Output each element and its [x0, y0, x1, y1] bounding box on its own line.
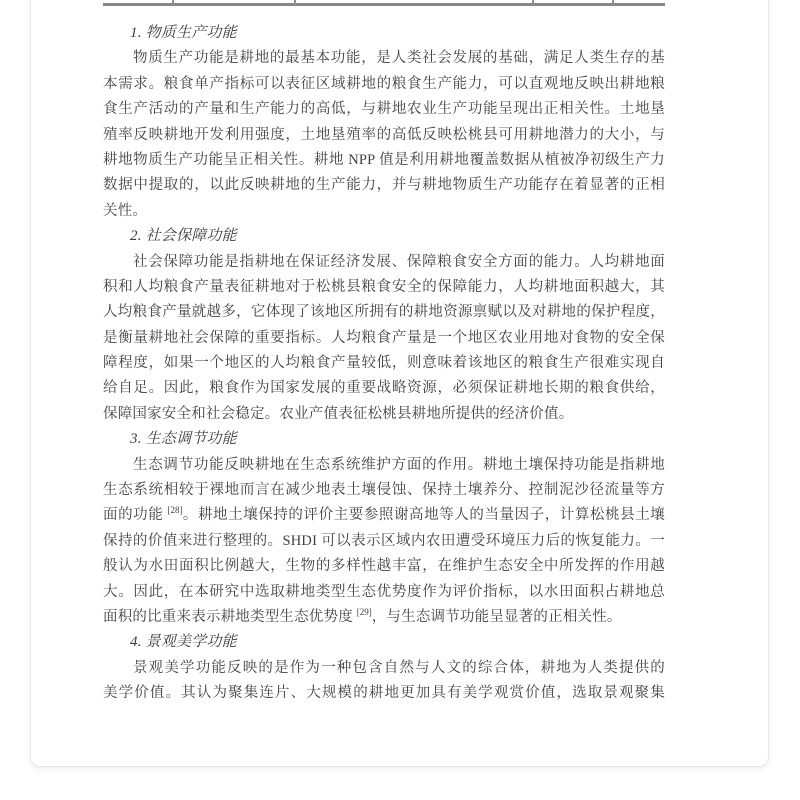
- text-line: 美学价值。其认为聚集连片、大规模的耕地更加具有美学观赏价值，选取景观聚集: [103, 681, 665, 706]
- text-line: 面的功能 [28]。耕地土壤保持的评价主要参照谢高地等人的当量因子，计算松桃县土…: [103, 503, 665, 528]
- table-column-divider: [172, 0, 174, 5]
- text-line: 保持的价值来进行整理的。SHDI 可以表示区域内农田遭受环境压力后的恢复能力。一: [103, 529, 665, 554]
- text-line: 食生产活动的产量和生产能力的高低，与耕地农业生产功能呈现出正相关性。土地垦: [103, 97, 665, 122]
- table-column-divider: [294, 0, 296, 5]
- text-line: 是衡量耕地社会保障的重要指标。人均粮食产量是一个地区农业用地对食物的安全保: [103, 326, 665, 351]
- citation-ref: [29]: [357, 607, 372, 617]
- text-line: 物质生产功能是耕地的最基本功能，是人类社会发展的基础，满足人类生存的基: [103, 46, 665, 71]
- citation-ref: [28]: [168, 505, 183, 515]
- text-line: 景观美学功能反映的是作为一种包含自然与人文的综合体，耕地为人类提供的: [103, 656, 665, 681]
- text-line: 数据中提取的，以此反映耕地的生产能力，并与耕地物质生产功能存在着显著的正相: [103, 173, 665, 198]
- text-line: 积和人均粮食产量表征耕地对于松桃县粮食安全的保障能力，人均耕地面积越大，其: [103, 275, 665, 300]
- section-heading: 1. 物质生产功能: [103, 21, 665, 46]
- text-line: 大。因此，在本研究中选取耕地类型生态优势度作为评价指标，以水田面积占耕地总: [103, 580, 665, 605]
- text-line: 殖率反映耕地开发利用强度，土地垦殖率的高低反映松桃县可用耕地潜力的大小，与: [103, 123, 665, 148]
- text-line: 本需求。粮食单产指标可以表征区域耕地的粮食生产能力，可以直观地反映出耕地粮: [103, 72, 665, 97]
- table-column-divider: [612, 0, 614, 5]
- book-page: 1. 物质生产功能物质生产功能是耕地的最基本功能，是人类社会发展的基础，满足人类…: [30, 0, 769, 767]
- text-block: 1. 物质生产功能物质生产功能是耕地的最基本功能，是人类社会发展的基础，满足人类…: [103, 21, 665, 707]
- section-heading: 4. 景观美学功能: [103, 630, 665, 655]
- table-column-divider: [532, 0, 534, 5]
- table-bottom-rule: [103, 3, 665, 6]
- text-line: 人均粮食产量就越多，它体现了该地区所拥有的耕地资源禀赋以及对耕地的保护程度，: [103, 300, 665, 325]
- text-line: 般认为水田面积比例越大，生物的多样性越丰富，在维护生态安全中所发挥的作用越: [103, 554, 665, 579]
- text-line: 保障国家安全和社会稳定。农业产值表征松桃县耕地所提供的经济价值。: [103, 402, 665, 427]
- text-line: 障程度，如果一个地区的人均粮食产量较低，则意味着该地区的粮食生产很难实现自: [103, 351, 665, 376]
- text-line: 关性。: [103, 199, 665, 224]
- text-line: 给自足。因此，粮食作为国家发展的重要战略资源，必须保证耕地长期的粮食供给，: [103, 376, 665, 401]
- text-line: 面积的比重来表示耕地类型生态优势度 [29]，与生态调节功能呈显著的正相关性。: [103, 605, 665, 630]
- section-heading: 3. 生态调节功能: [103, 427, 665, 452]
- text-line: 耕地物质生产功能呈正相关性。耕地 NPP 值是利用耕地覆盖数据从植被净初级生产力: [103, 148, 665, 173]
- text-line: 社会保障功能是指耕地在保证经济发展、保障粮食安全方面的能力。人均耕地面: [103, 250, 665, 275]
- text-line: 生态调节功能反映耕地在生态系统维护方面的作用。耕地土壤保持功能是指耕地: [103, 453, 665, 478]
- section-heading: 2. 社会保障功能: [103, 224, 665, 249]
- text-line: 生态系统相较于裸地而言在减少地表土壤侵蚀、保持土壤养分、控制泥沙径流量等方: [103, 478, 665, 503]
